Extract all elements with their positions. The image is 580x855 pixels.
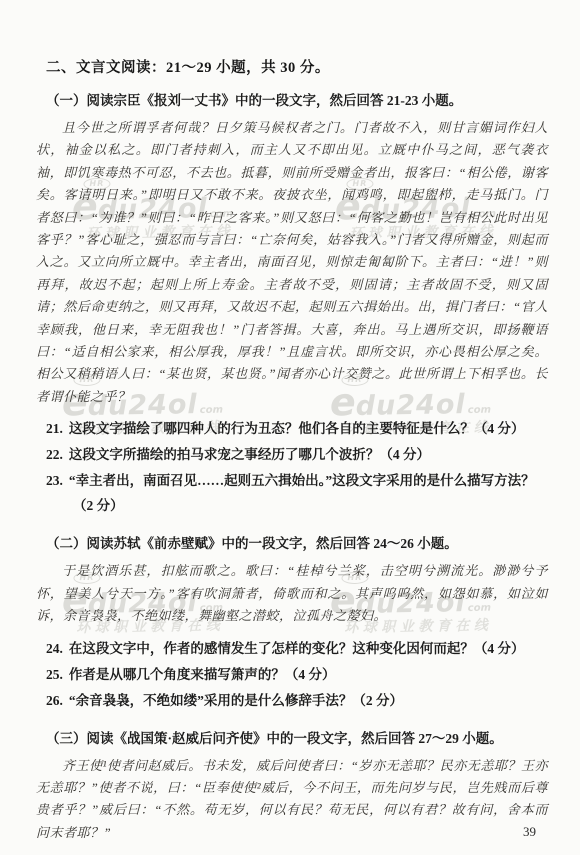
- passage-two-text: 于是饮酒乐甚，扣舷而歌之。歌曰：“桂棹兮兰桨，击空明兮溯流光。渺渺兮予怀，望美人…: [36, 560, 548, 627]
- passage-one-intro: （一）阅读宗臣《报刘一丈书》中的一段文字，然后回答 21-23 小题。: [46, 89, 548, 113]
- question-23-text: “幸主者出，南面召见……起则五六揖始出。”这段文字采用的是什么描写方法？（2 分…: [69, 473, 535, 513]
- question-25: 25.作者是从哪几个角度来描写箫声的？（4 分）: [46, 662, 548, 687]
- question-24: 24.在这段文字中，作者的感情发生了怎样的变化？这种变化因何而起？（4 分）: [46, 636, 548, 661]
- page-number: 39: [523, 824, 536, 840]
- question-25-number: 25.: [46, 667, 63, 682]
- question-22-number: 22.: [46, 447, 63, 462]
- passage-three-text: 齐王使¹使者问赵威后。书未发，威后问使者曰：“岁亦无恙耶？民亦无恙耶？王亦无恙耶…: [36, 755, 548, 845]
- reading-section-three: （三）阅读《战国策·赵威后问齐使》中的一段文字，然后回答 27～29 小题。 齐…: [46, 727, 548, 845]
- question-26-number: 26.: [46, 693, 63, 708]
- passage-two-intro: （二）阅读苏轼《前赤壁赋》中的一段文字，然后回答 24～26 小题。: [46, 532, 548, 556]
- part-heading: 二、文言文阅读：21～29 小题，共 30 分。: [46, 56, 548, 77]
- exam-page: 二、文言文阅读：21～29 小题，共 30 分。 （一）阅读宗臣《报刘一丈书》中…: [0, 0, 580, 855]
- reading-section-two: （二）阅读苏轼《前赤壁赋》中的一段文字，然后回答 24～26 小题。 于是饮酒乐…: [46, 532, 548, 712]
- question-26-text: “余音袅袅，不绝如缕”采用的是什么修辞手法？（2 分）: [69, 693, 403, 708]
- question-24-number: 24.: [46, 641, 63, 656]
- question-22-text: 这段文字所描绘的拍马求宠之事经历了哪几个波折？（4 分）: [69, 447, 430, 462]
- question-21-number: 21.: [46, 421, 63, 436]
- question-22: 22.这段文字所描绘的拍马求宠之事经历了哪几个波折？（4 分）: [46, 442, 548, 467]
- question-23-number: 23.: [46, 473, 63, 488]
- passage-three-intro: （三）阅读《战国策·赵威后问齐使》中的一段文字，然后回答 27～29 小题。: [46, 727, 548, 751]
- reading-section-one: （一）阅读宗臣《报刘一丈书》中的一段文字，然后回答 21-23 小题。 且今世之…: [46, 89, 548, 518]
- question-26: 26.“余音袅袅，不绝如缕”采用的是什么修辞手法？（2 分）: [46, 688, 548, 713]
- passage-one-text: 且今世之所谓孚者何哉？日夕策马候权者之门。门者故不入，则甘言媚词作妇人状，袖金以…: [36, 117, 548, 408]
- question-23: 23.“幸主者出，南面召见……起则五六揖始出。”这段文字采用的是什么描写方法？（…: [46, 468, 548, 518]
- question-21-text: 这段文字描绘了哪四种人的行为丑态？他们各自的主要特征是什么？（4 分）: [69, 421, 525, 436]
- question-21: 21.这段文字描绘了哪四种人的行为丑态？他们各自的主要特征是什么？（4 分）: [46, 416, 548, 441]
- question-24-text: 在这段文字中，作者的感情发生了怎样的变化？这种变化因何而起？（4 分）: [69, 641, 525, 656]
- question-25-text: 作者是从哪几个角度来描写箫声的？（4 分）: [69, 667, 336, 682]
